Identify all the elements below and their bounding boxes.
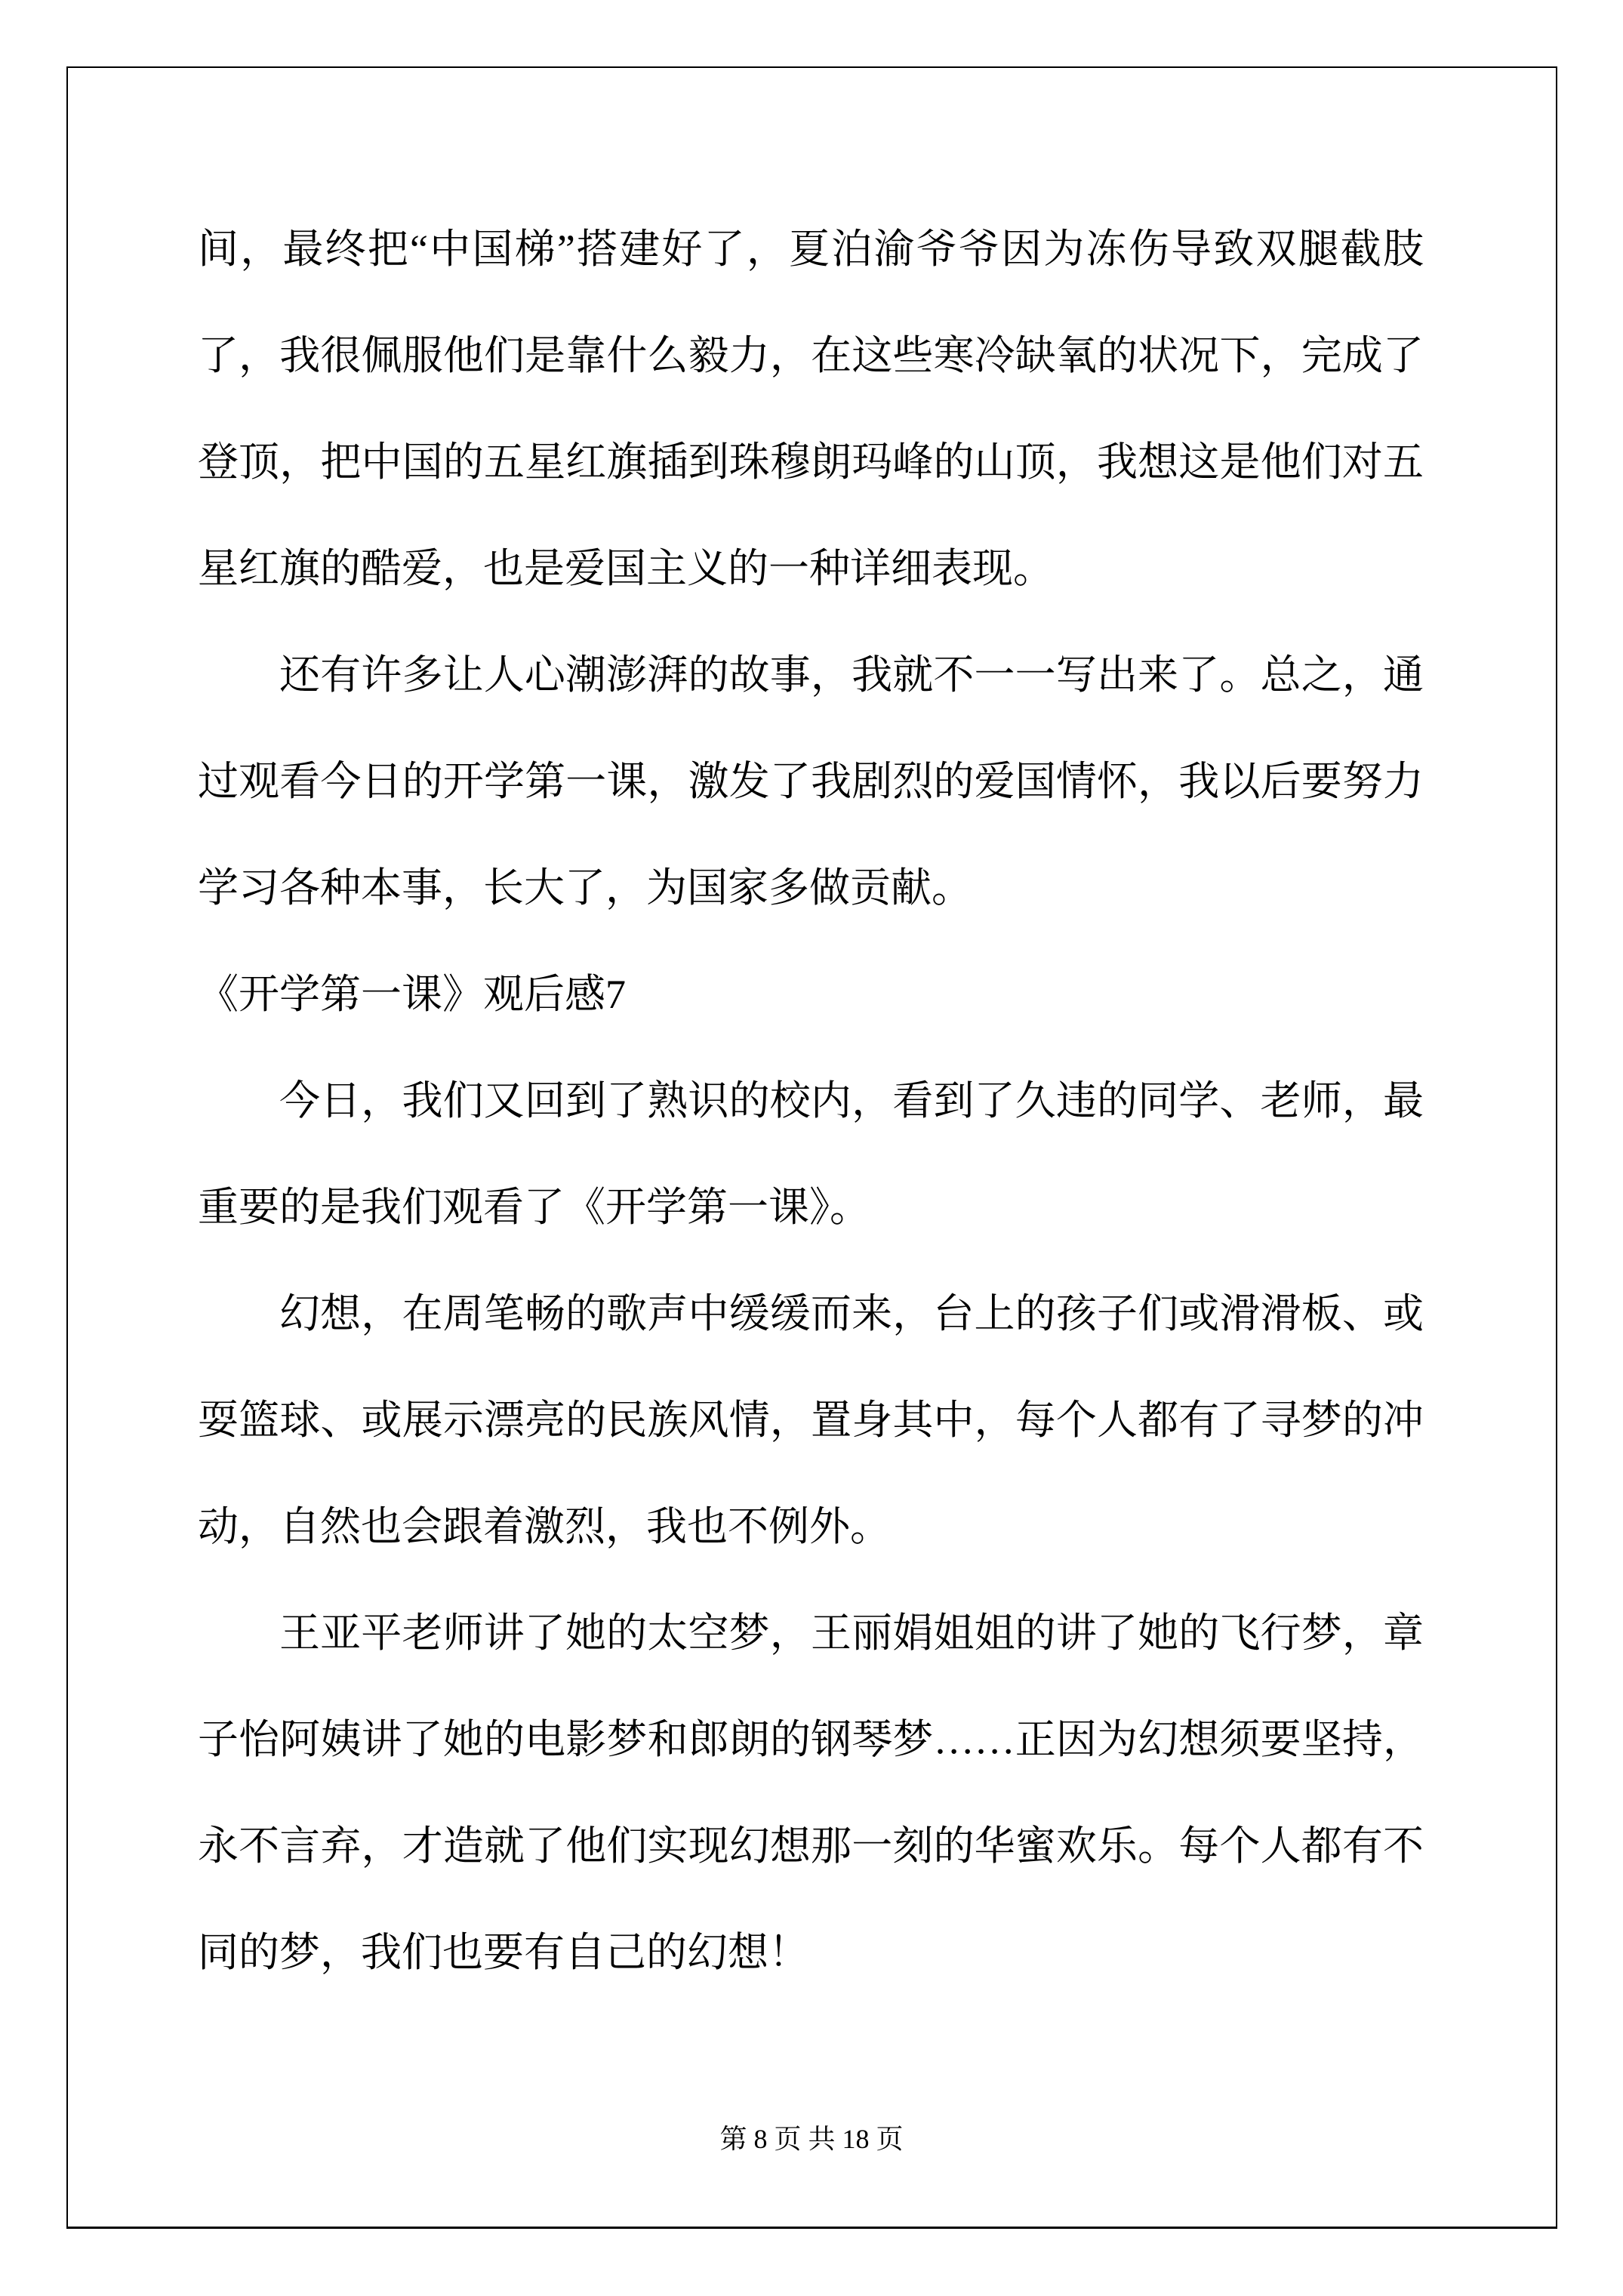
text-line: 过观看今日的开学第一课，激发了我剧烈的爱国情怀，我以后要努力 [198,729,1424,835]
document-body: 间，最终把“中国梯”搭建好了，夏泊渝爷爷因为冻伤导致双腿截肢了，我很佩服他们是靠… [198,196,1424,2006]
text-line: 同的梦，我们也要有自己的幻想！ [198,1900,1424,2006]
text-line: 登顶，把中国的五星红旗插到珠穆朗玛峰的山顶，我想这是他们对五 [198,409,1424,516]
text-line: 间，最终把“中国梯”搭建好了，夏泊渝爷爷因为冻伤导致双腿截肢 [198,196,1424,303]
document-page: 间，最终把“中国梯”搭建好了，夏泊渝爷爷因为冻伤导致双腿截肢了，我很佩服他们是靠… [0,0,1623,2296]
text-line: 《开学第一课》观后感7 [198,942,1424,1048]
text-line: 永不言弃，才造就了他们实现幻想那一刻的华蜜欢乐。每个人都有不 [198,1793,1424,1900]
text-line: 动，自然也会跟着激烈，我也不例外。 [198,1474,1424,1580]
text-line: 子怡阿姨讲了她的电影梦和郎朗的钢琴梦……正因为幻想须要坚持， [198,1687,1424,1793]
text-line: 星红旗的酷爱，也是爱国主义的一种详细表现。 [198,516,1424,622]
text-line: 耍篮球、或展示漂亮的民族风情，置身其中，每个人都有了寻梦的冲 [198,1367,1424,1474]
text-line: 重要的是我们观看了《开学第一课》。 [198,1154,1424,1261]
text-line: 今日，我们又回到了熟识的校内，看到了久违的同学、老师，最 [198,1048,1424,1154]
text-line: 还有许多让人心潮澎湃的故事，我就不一一写出来了。总之，通 [198,622,1424,729]
text-line: 幻想，在周笔畅的歌声中缓缓而来，台上的孩子们或滑滑板、或 [198,1261,1424,1367]
text-line: 王亚平老师讲了她的太空梦，王丽娟姐姐的讲了她的飞行梦，章 [198,1580,1424,1687]
text-line: 了，我很佩服他们是靠什么毅力，在这些寒冷缺氧的状况下，完成了 [198,303,1424,409]
text-line: 学习各种本事，长大了，为国家多做贡献。 [198,835,1424,942]
page-footer: 第 8 页 共 18 页 [0,2122,1623,2156]
